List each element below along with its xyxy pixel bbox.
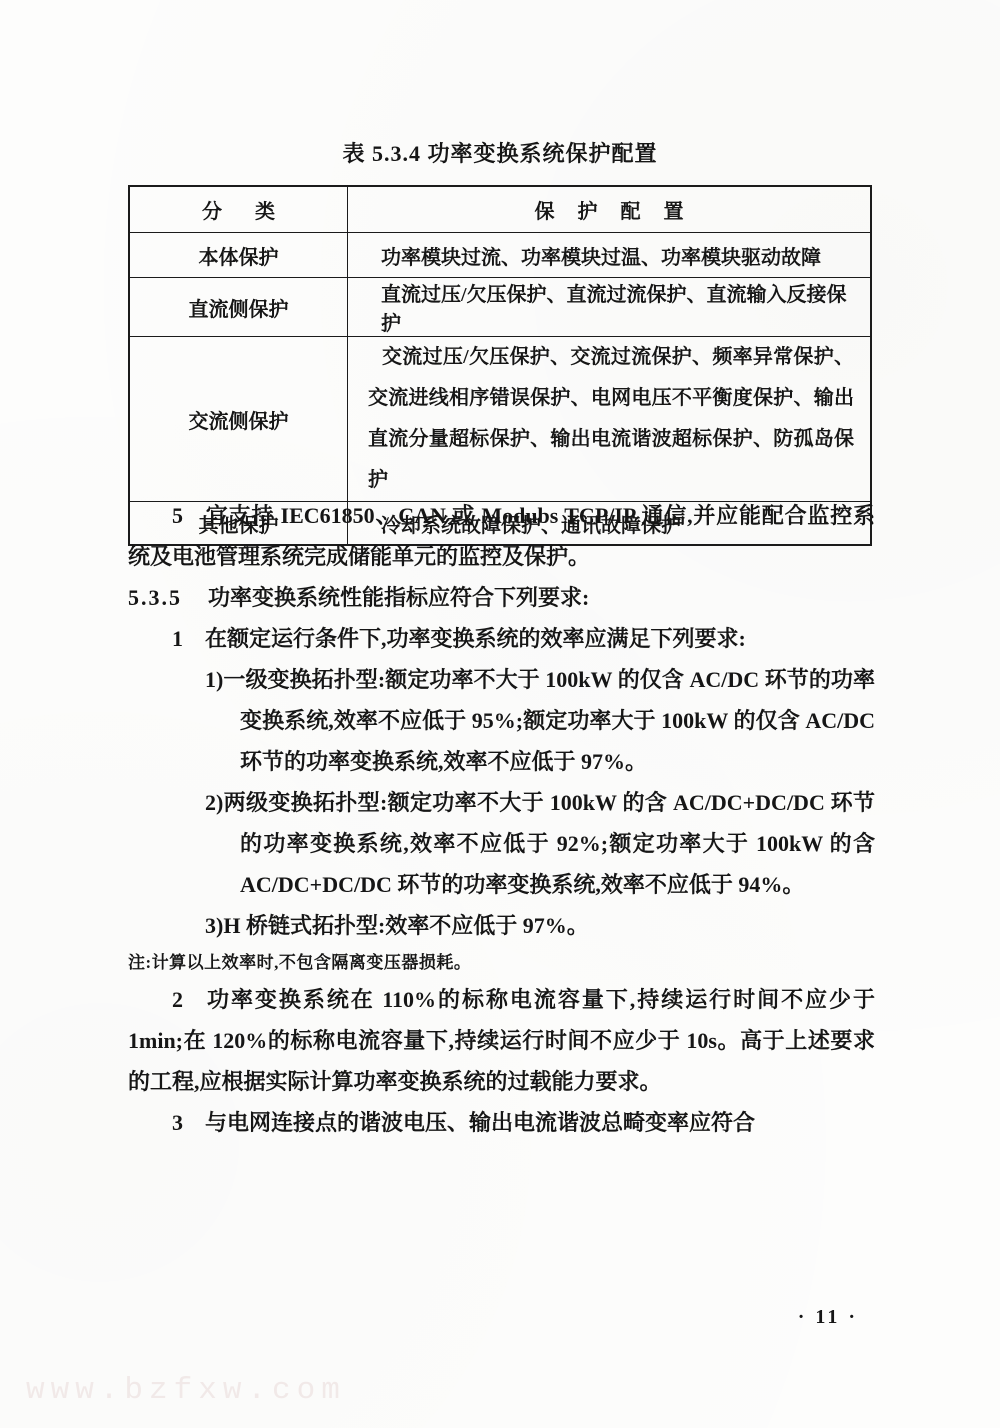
protections-cell: 功率模块过流、功率模块过温、功率模块驱动故障 xyxy=(348,233,872,278)
item-3-number: 3 xyxy=(172,1110,183,1135)
item-1-text: 在额定运行条件下,功率变换系统的效率应满足下列要求: xyxy=(205,626,746,651)
item-3-paragraph: 3与电网连接点的谐波电压、输出电流谐波总畸变率应符合 xyxy=(128,1102,875,1143)
clause-5-paragraph: 5宜支持 IEC61850、CAN 或 Modubs TCP/IP 通信,并应能… xyxy=(128,495,875,577)
item-1-paragraph: 1在额定运行条件下,功率变换系统的效率应满足下列要求: xyxy=(128,618,875,659)
clause-5-3-5-heading: 5.3.5功率变换系统性能指标应符合下列要求: xyxy=(128,577,875,618)
category-cell: 交流侧保护 xyxy=(129,337,348,502)
clause-5-number: 5 xyxy=(172,503,183,528)
category-cell: 本体保护 xyxy=(129,233,348,278)
subitem-2: 2)两级变换拓扑型:额定功率不大于 100kW 的含 AC/DC+DC/DC 环… xyxy=(240,782,875,905)
subitem-2-number: 2) xyxy=(205,790,223,815)
protections-cell: 直流过压/欠压保护、直流过流保护、直流输入反接保护 xyxy=(348,278,872,337)
protection-table: 分 类 保 护 配 置 本体保护 功率模块过流、功率模块过温、功率模块驱动故障 … xyxy=(128,185,872,546)
document-page: 表 5.3.4 功率变换系统保护配置 分 类 保 护 配 置 本体保护 功率模块… xyxy=(0,0,1000,1428)
subitem-1: 1)一级变换拓扑型:额定功率不大于 100kW 的仅含 AC/DC 环节的功率变… xyxy=(240,659,875,782)
subitem-3: 3)H 桥链式拓扑型:效率不应低于 97%。 xyxy=(240,905,875,946)
clause-5-3-5-number: 5.3.5 xyxy=(128,585,182,610)
table-row: 本体保护 功率模块过流、功率模块过温、功率模块驱动故障 xyxy=(129,233,871,278)
table-header-row: 分 类 保 护 配 置 xyxy=(129,186,871,233)
table-note: 注:计算以上效率时,不包含隔离变压器损耗。 xyxy=(128,946,875,979)
subitem-2-text: 两级变换拓扑型:额定功率不大于 100kW 的含 AC/DC+DC/DC 环节的… xyxy=(223,790,875,897)
table-row: 直流侧保护 直流过压/欠压保护、直流过流保护、直流输入反接保护 xyxy=(129,278,871,337)
item-3-text: 与电网连接点的谐波电压、输出电流谐波总畸变率应符合 xyxy=(205,1110,755,1135)
item-1-number: 1 xyxy=(172,626,183,651)
subitem-3-number: 3) xyxy=(205,913,223,938)
category-cell: 直流侧保护 xyxy=(129,278,348,337)
clause-5-3-5-text: 功率变换系统性能指标应符合下列要求: xyxy=(208,585,589,610)
clause-5-text: 宜支持 IEC61850、CAN 或 Modubs TCP/IP 通信,并应能配… xyxy=(128,503,875,569)
subitem-3-text: H 桥链式拓扑型:效率不应低于 97%。 xyxy=(223,913,588,938)
item-2-text: 功率变换系统在 110%的标称电流容量下,持续运行时间不应少于 1min;在 1… xyxy=(128,987,875,1094)
subitem-1-text: 一级变换拓扑型:额定功率不大于 100kW 的仅含 AC/DC 环节的功率变换系… xyxy=(223,667,875,774)
page-number: · 11 · xyxy=(798,1306,858,1329)
subitem-list: 1)一级变换拓扑型:额定功率不大于 100kW 的仅含 AC/DC 环节的功率变… xyxy=(128,659,875,946)
watermark-text: www.bzfxw.com xyxy=(26,1373,346,1408)
column-header-category: 分 类 xyxy=(129,186,348,233)
subitem-1-number: 1) xyxy=(205,667,223,692)
column-header-protection-config: 保 护 配 置 xyxy=(348,186,872,233)
body-text: 5宜支持 IEC61850、CAN 或 Modubs TCP/IP 通信,并应能… xyxy=(128,495,875,1143)
item-2-number: 2 xyxy=(172,987,183,1012)
protections-cell: 交流过压/欠压保护、交流过流保护、频率异常保护、交流进线相序错误保护、电网电压不… xyxy=(348,337,872,502)
item-2-paragraph: 2功率变换系统在 110%的标称电流容量下,持续运行时间不应少于 1min;在 … xyxy=(128,979,875,1102)
table-row: 交流侧保护 交流过压/欠压保护、交流过流保护、频率异常保护、交流进线相序错误保护… xyxy=(129,337,871,502)
table-caption: 表 5.3.4 功率变换系统保护配置 xyxy=(0,137,1000,168)
